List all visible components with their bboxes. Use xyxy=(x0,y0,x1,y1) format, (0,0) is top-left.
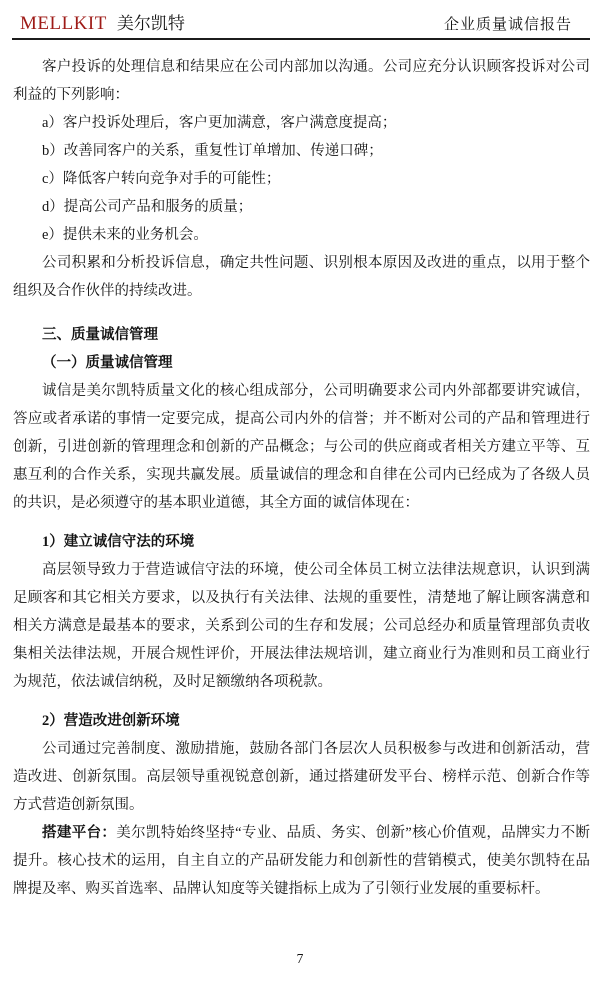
brand-name-en: MELLKIT xyxy=(20,13,107,34)
list-item-e: e）提供未来的业务机会。 xyxy=(13,221,590,249)
paragraph-item2: 公司通过完善制度、激励措施，鼓励各部门各层次人员积极参与改进和创新活动，营造改进… xyxy=(13,735,590,819)
paragraph-platform: 搭建平台：美尔凯特始终坚持“专业、品质、务实、创新”核心价值观，品牌实力不断提升… xyxy=(13,819,590,903)
paragraph-platform-lead: 搭建平台： xyxy=(42,825,116,841)
brand-logo: MELLKIT 美尔凯特 xyxy=(20,9,185,35)
paragraph-complaint-summary: 公司积累和分析投诉信息，确定共性问题、识别根本原因及改进的重点，以用于整个组织及… xyxy=(13,249,590,305)
paragraph-integrity: 诚信是美尔凯特质量文化的核心组成部分，公司明确要求公司内外部都要讲究诚信，答应或… xyxy=(13,377,590,517)
list-item-d: d）提高公司产品和服务的质量； xyxy=(13,193,590,221)
list-item-a: a）客户投诉处理后，客户更加满意，客户满意度提高； xyxy=(13,109,590,137)
list-item-c: c）降低客户转向竞争对手的可能性； xyxy=(13,165,590,193)
document-title: 企业质量诚信报告 xyxy=(444,13,584,34)
subsection-heading: （一）质量诚信管理 xyxy=(13,349,590,377)
brand-name-cn: 美尔凯特 xyxy=(117,14,185,33)
item1-heading: 1）建立诚信守法的环境 xyxy=(13,528,590,556)
page-header: MELLKIT 美尔凯特 企业质量诚信报告 xyxy=(12,0,590,40)
document-body: 客户投诉的处理信息和结果应在公司内部加以沟通。公司应充分认识顾客投诉对公司利益的… xyxy=(13,53,590,903)
section-heading: 三、质量诚信管理 xyxy=(13,321,590,349)
paragraph-complaint-intro: 客户投诉的处理信息和结果应在公司内部加以沟通。公司应充分认识顾客投诉对公司利益的… xyxy=(13,53,590,109)
page-number: 7 xyxy=(0,951,600,967)
paragraph-item1: 高层领导致力于营造诚信守法的环境，使公司全体员工树立法律法规意识，认识到满足顾客… xyxy=(13,556,590,696)
item2-heading: 2）营造改进创新环境 xyxy=(13,707,590,735)
list-item-b: b）改善同客户的关系，重复性订单增加、传递口碑； xyxy=(13,137,590,165)
document-page: MELLKIT 美尔凯特 企业质量诚信报告 客户投诉的处理信息和结果应在公司内部… xyxy=(0,0,600,982)
